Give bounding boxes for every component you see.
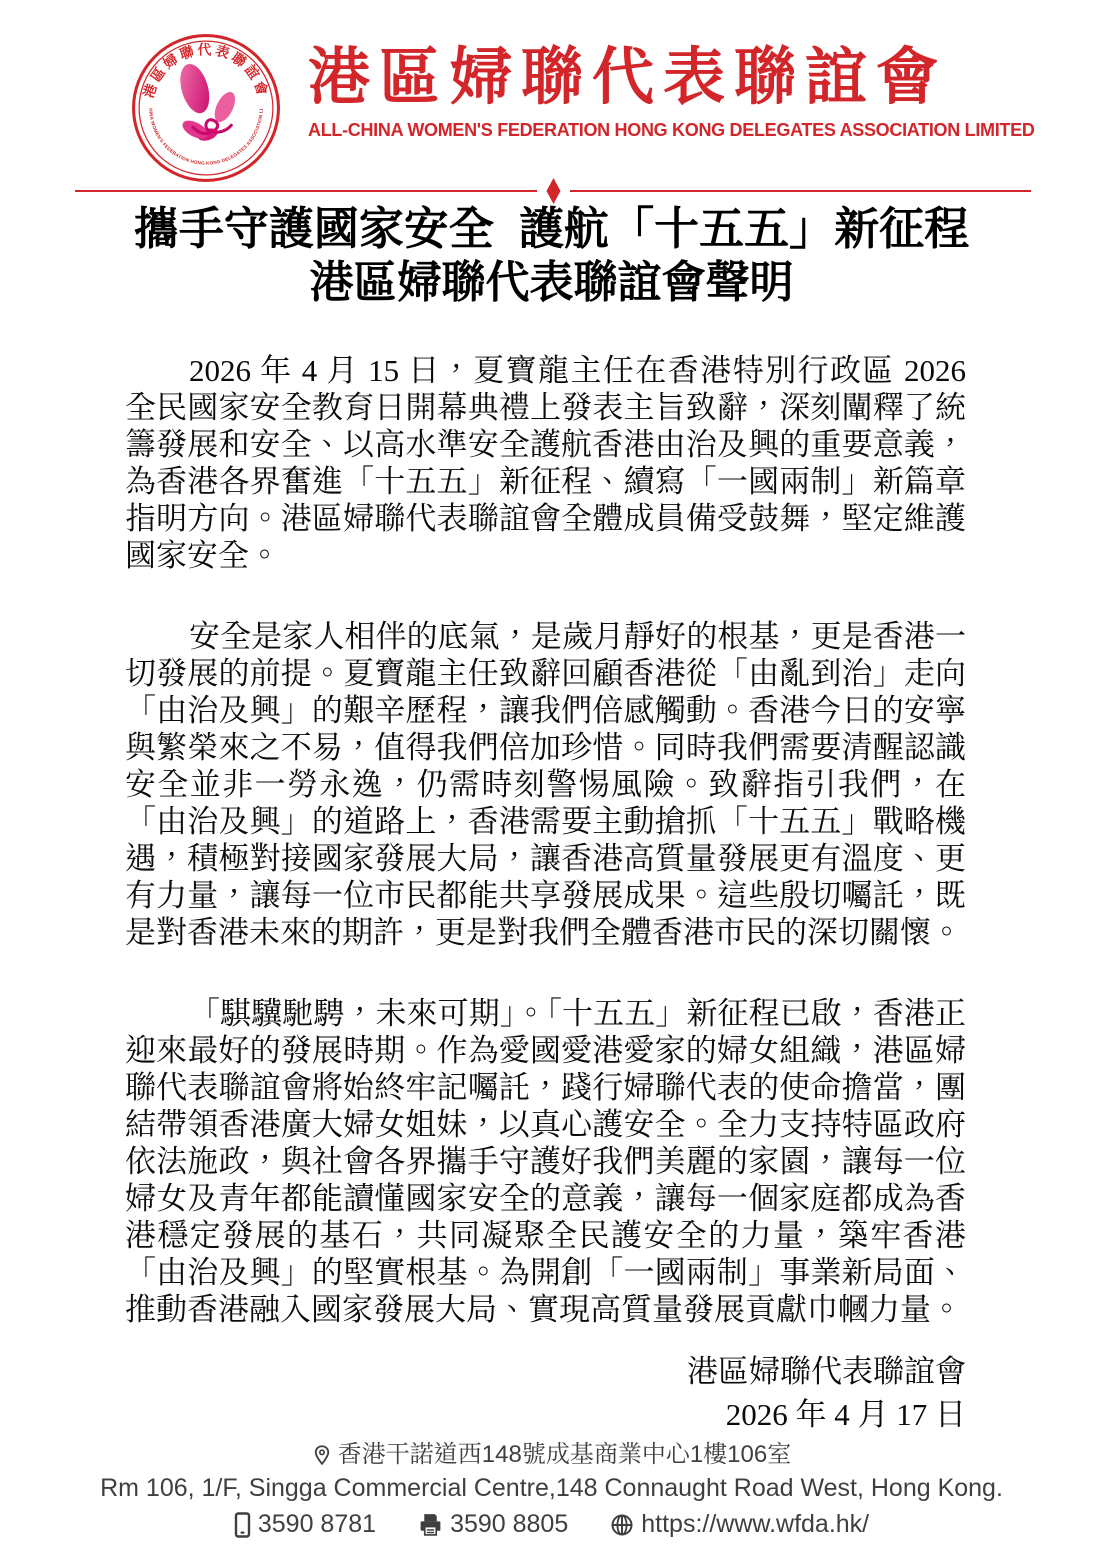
website-link[interactable]: https://www.wfda.hk/ <box>641 1510 869 1539</box>
statement-paragraph: 「騏驥馳騁，未來可期」。「十五五」新征程已啟，香港正迎來最好的發展時期。作為愛國… <box>125 995 966 1328</box>
statement-paragraph: 2026 年 4 月 15 日，夏寶龍主任在香港特別行政區 2026 全民國家安… <box>125 352 966 574</box>
org-name-english: ALL-CHINA WOMEN'S FEDERATION HONG KONG D… <box>308 120 1035 141</box>
statement-title-line2: 港區婦聯代表聯誼會聲明 <box>0 256 1103 309</box>
header-divider <box>75 178 1031 204</box>
statement-body: 2026 年 4 月 15 日，夏寶龍主任在香港特別行政區 2026 全民國家安… <box>125 352 966 1436</box>
letterhead: 港區婦聯代表聯誼會 ALL-CHINA WOMEN'S FEDERATION H… <box>130 32 1035 184</box>
divider-line-left <box>75 190 537 192</box>
org-names: 港區婦聯代表聯誼會 ALL-CHINA WOMEN'S FEDERATION H… <box>308 32 1035 141</box>
address-line-english: Rm 106, 1/F, Singga Commercial Centre,14… <box>0 1474 1103 1502</box>
location-pin-icon <box>312 1444 332 1466</box>
org-name-chinese: 港區婦聯代表聯誼會 <box>308 44 1035 112</box>
contact-footer: 香港干諾道西148號成基商業中心1樓106室 Rm 106, 1/F, Sing… <box>0 1440 1103 1539</box>
document-page: 港區婦聯代表聯誼會 ALL-CHINA WOMEN'S FEDERATION H… <box>0 0 1103 1559</box>
association-seal-logo: 港區婦聯代表聯誼會 ALL-CHINA WOMEN'S FEDERATION H… <box>130 32 282 184</box>
divider-line-right <box>570 190 1032 192</box>
address-line-chinese: 香港干諾道西148號成基商業中心1樓106室 <box>0 1440 1103 1470</box>
statement-paragraph: 安全是家人相伴的底氣，是歲月靜好的根基，更是香港一切發展的前提。夏寶龍主任致辭回… <box>125 618 966 951</box>
signature-date: 2026 年 4 月 17 日 <box>125 1393 966 1436</box>
phone-item: 3590 8781 <box>234 1510 376 1539</box>
fax-item: 3590 8805 <box>418 1510 568 1539</box>
statement-title: 攜手守護國家安全 護航「十五五」新征程 港區婦聯代表聯誼會聲明 <box>0 203 1103 309</box>
signature-org: 港區婦聯代表聯誼會 <box>125 1350 966 1393</box>
mobile-phone-icon <box>234 1512 251 1538</box>
globe-icon <box>610 1513 634 1537</box>
address-chinese-text: 香港干諾道西148號成基商業中心1樓106室 <box>338 1440 791 1470</box>
phone-number: 3590 8781 <box>258 1510 376 1539</box>
signature-block: 港區婦聯代表聯誼會 2026 年 4 月 17 日 <box>125 1350 966 1436</box>
website-item: https://www.wfda.hk/ <box>610 1510 869 1539</box>
fax-number: 3590 8805 <box>450 1510 568 1539</box>
diamond-icon <box>546 178 561 204</box>
fax-printer-icon <box>418 1512 443 1537</box>
contact-row: 3590 8781 3590 8805 <box>0 1510 1103 1539</box>
seal-logo-icon: 港區婦聯代表聯誼會 ALL-CHINA WOMEN'S FEDERATION H… <box>130 32 282 184</box>
statement-title-line1: 攜手守護國家安全 護航「十五五」新征程 <box>0 203 1103 256</box>
